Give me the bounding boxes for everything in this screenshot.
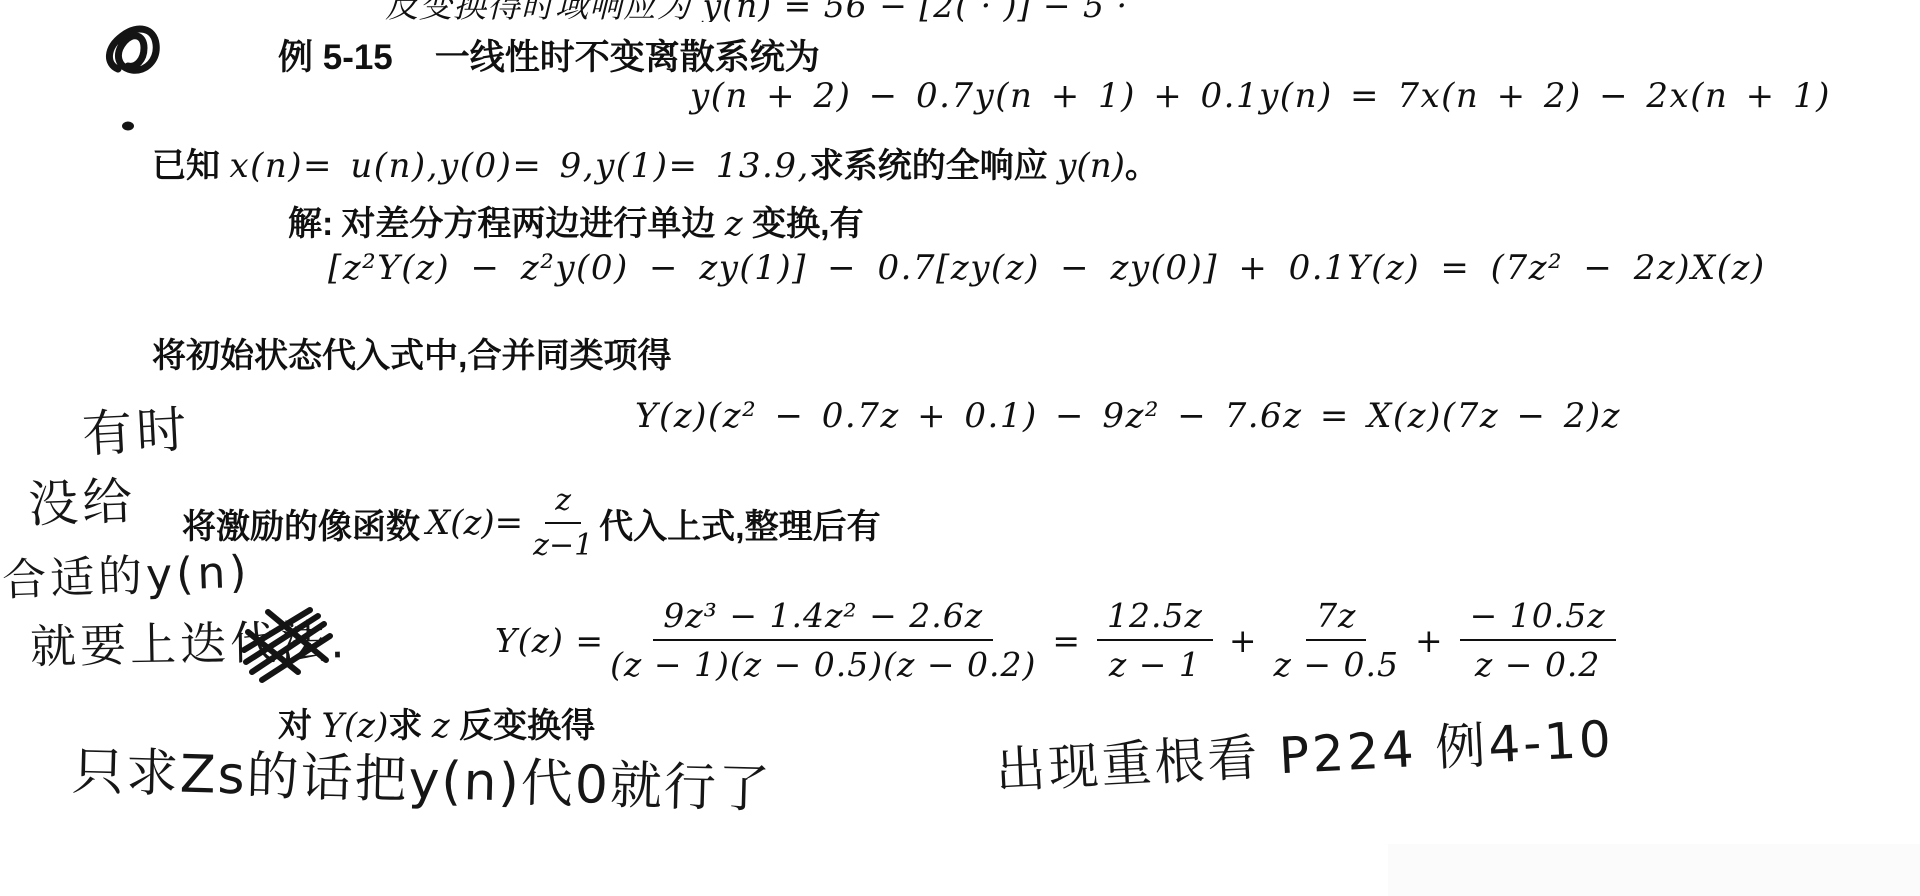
margin-note-line-3: 合适的y(n) xyxy=(1,536,251,609)
ink-doodle xyxy=(88,14,178,144)
given-prefix: 已知 xyxy=(152,147,229,185)
step3-fraction-numerator: z xyxy=(545,483,581,524)
step3-line: 将激励的像函数 X(z)= z z−1 代入上式,整理后有 xyxy=(182,468,881,578)
bottom-left-note: 只求Zs的话把y(n)代0就行了 xyxy=(71,729,773,822)
yz-main-numerator: 9z³ − 1.4z² − 2.6z xyxy=(653,596,993,641)
solution-step1-line: 解:对差分方程两边进行单边 z 变换,有 xyxy=(288,196,864,245)
yz-main-denominator: (z − 1)(z − 0.5)(z − 0.2) xyxy=(610,641,1036,684)
given-period: 。 xyxy=(1125,147,1159,185)
yz-fraction-3-numerator: − 10.5z xyxy=(1460,596,1616,641)
yz-plus-1: + xyxy=(1229,621,1258,660)
scanned-textbook-page: 反变换得时域响应为 y(n) = 56 − [2( · )] − 5 · 例 5… xyxy=(0,0,1920,896)
margin-note-line-2: 没给 xyxy=(27,461,137,537)
step3-suffix: 代入上式,整理后有 xyxy=(599,499,880,548)
system-difference-equation: y(n + 2) − 0.7y(n + 1) + 0.1y(n) = 7x(n … xyxy=(690,76,1831,116)
step3-fraction-denominator: z−1 xyxy=(533,524,593,563)
step1-text-a: 对差分方程两边进行单边 xyxy=(341,205,724,243)
yz-fraction-2-numerator: 7z xyxy=(1306,596,1366,641)
yz-lhs: Y(z) = xyxy=(495,621,604,660)
step3-xz: X(z)= xyxy=(426,503,523,543)
margin-note-line-1: 有时 xyxy=(80,389,192,467)
solution-label: 解: xyxy=(288,205,333,243)
ink-doodle-icon xyxy=(88,14,178,144)
ztransform-equation: [z²Y(z) − z²y(0) − zy(1)] − 0.7[zy(z) − … xyxy=(328,248,1766,288)
yz-fraction-3-denominator: z − 0.2 xyxy=(1475,641,1601,684)
combined-equation: Y(z)(z² − 0.7z + 0.1) − 9z² − 7.6z = X(z… xyxy=(635,396,1621,436)
yz-fraction-1-denominator: z − 1 xyxy=(1109,641,1201,684)
margin-note-line-4-a: 就要上 xyxy=(30,617,181,674)
yz-fraction-3: − 10.5z z − 0.2 xyxy=(1460,596,1616,684)
yz-fraction-1-numerator: 12.5z xyxy=(1097,596,1213,641)
top-clipped-line-window: 反变换得时域响应为 y(n) = 56 − [2( · )] − 5 · xyxy=(0,0,1920,22)
partial-fraction-equation: Y(z) = 9z³ − 1.4z² − 2.6z (z − 1)(z − 0.… xyxy=(495,575,1622,705)
ink-scribble xyxy=(238,602,338,687)
yz-fraction-1: 12.5z z − 1 xyxy=(1097,596,1213,684)
yz-main-fraction: 9z³ − 1.4z² − 2.6z (z − 1)(z − 0.5)(z − … xyxy=(610,596,1036,684)
yz-equals: = xyxy=(1052,621,1081,660)
step3-fraction: z z−1 xyxy=(533,483,593,563)
scan-artifact-rectangle xyxy=(1388,844,1920,896)
margin-note-line-4-scribbled-char: 迭 xyxy=(180,616,231,671)
example-number: 例 5-15 xyxy=(278,38,393,77)
given-conditions-line: 已知 x(n)= u(n),y(0)= 9,y(1)= 13.9,求系统的全响应… xyxy=(152,138,1159,187)
step1-z: z xyxy=(725,204,743,244)
yz-fraction-2-denominator: z − 0.5 xyxy=(1274,641,1400,684)
top-clipped-line: 反变换得时域响应为 y(n) = 56 − [2( · )] − 5 · xyxy=(385,0,1128,22)
given-yn: y(n) xyxy=(1057,146,1125,186)
yz-fraction-2: 7z z − 0.5 xyxy=(1274,596,1400,684)
step1-text-b: 变换,有 xyxy=(743,205,864,243)
bottom-right-note: 出现重根看 P224 例4-10 xyxy=(994,699,1616,803)
step2-text: 将初始状态代入式中,合并同类项得 xyxy=(152,328,671,377)
ink-scribble-icon xyxy=(238,602,338,687)
example-heading: 例 5-15一线性时不变离散系统为 xyxy=(278,30,820,80)
example-title: 一线性时不变离散系统为 xyxy=(435,38,820,77)
yz-plus-2: + xyxy=(1415,621,1444,660)
given-ask: 求系统的全响应 xyxy=(810,147,1057,185)
given-values: x(n)= u(n),y(0)= 9,y(1)= 13.9, xyxy=(229,146,809,186)
